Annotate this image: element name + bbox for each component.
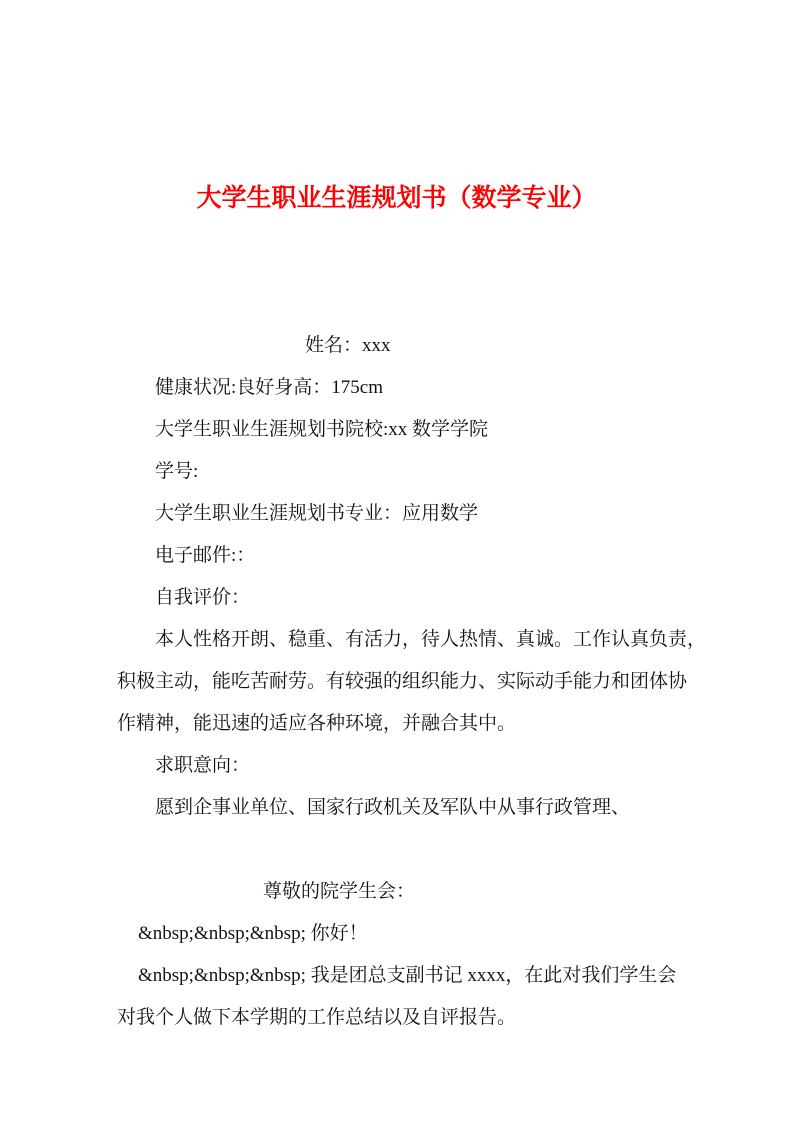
document-line: 姓名：xxx bbox=[117, 325, 677, 367]
document-title: 大学生职业生涯规划书（数学专业） bbox=[0, 178, 793, 214]
document-line: &nbsp;&nbsp;&nbsp; 你好！ bbox=[117, 913, 677, 955]
document-line: 积极主动，能吃苦耐劳。有较强的组织能力、实际动手能力和团体协 bbox=[117, 661, 677, 703]
document-line: 对我个人做下本学期的工作总结以及自评报告。 bbox=[117, 997, 677, 1039]
blank-line bbox=[117, 829, 677, 871]
document-line: 本人性格开朗、稳重、有活力，待人热情、真诚。工作认真负责， bbox=[117, 619, 677, 661]
document-line: 大学生职业生涯规划书院校:xx 数学学院 bbox=[117, 409, 677, 451]
document-body: 姓名：xxx健康状况:良好身高：175cm大学生职业生涯规划书院校:xx 数学学… bbox=[117, 325, 677, 1039]
document-line: 尊敬的院学生会： bbox=[117, 871, 677, 913]
document-line: 健康状况:良好身高：175cm bbox=[117, 367, 677, 409]
document-line: 大学生职业生涯规划书专业：应用数学 bbox=[117, 493, 677, 535]
document-line: 愿到企事业单位、国家行政机关及军队中从事行政管理、 bbox=[117, 787, 677, 829]
document-lines: 姓名：xxx健康状况:良好身高：175cm大学生职业生涯规划书院校:xx 数学学… bbox=[117, 325, 677, 1039]
document-page: 大学生职业生涯规划书（数学专业） 姓名：xxx健康状况:良好身高：175cm大学… bbox=[0, 0, 793, 1122]
document-line: 作精神，能迅速的适应各种环境，并融合其中。 bbox=[117, 703, 677, 745]
document-line: 自我评价： bbox=[117, 577, 677, 619]
document-line: &nbsp;&nbsp;&nbsp; 我是团总支副书记 xxxx，在此对我们学生… bbox=[117, 955, 677, 997]
document-line: 求职意向： bbox=[117, 745, 677, 787]
document-line: 电子邮件:： bbox=[117, 535, 677, 577]
document-line: 学号: bbox=[117, 451, 677, 493]
